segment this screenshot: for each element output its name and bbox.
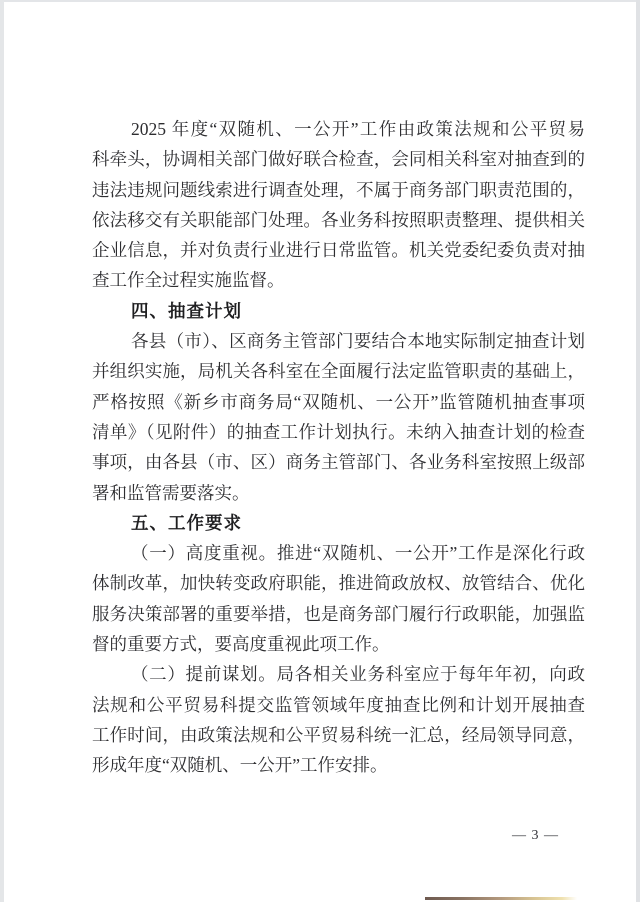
- text-line: 违法违规问题线索进行调查处理，不属于商务部门职责范围的，: [92, 175, 585, 205]
- text-line: （一）高度重视。推进“双随机、一公开”工作是深化行政: [92, 538, 585, 568]
- page-number: — 3 —: [512, 828, 582, 844]
- text-line: 并组织实施，局机关各科室在全面履行法定监管职责的基础上，: [92, 356, 585, 386]
- text-line: （二）提前谋划。局各相关业务科室应于每年年初，向政策: [92, 659, 585, 689]
- page-left-edge: [0, 0, 4, 902]
- document-text: 2025 年度“双随机、一公开”工作由政策法规和公平贸易科牵头，协调相关部门做好…: [92, 114, 585, 781]
- document-page: 2025 年度“双随机、一公开”工作由政策法规和公平贸易科牵头，协调相关部门做好…: [0, 0, 640, 902]
- section-heading: 五、工作要求: [92, 508, 585, 538]
- text-line: 事项，由各县（市、区）商务主管部门、各业务科室按照上级部: [92, 447, 585, 477]
- text-line: 工作时间，由政策法规和公平贸易科统一汇总，经局领导同意，: [92, 720, 585, 750]
- text-line: 服务决策部署的重要举措，也是商务部门履行行政职能，加强监: [92, 599, 585, 629]
- bottom-scan-artifact: [425, 897, 577, 900]
- text-line: 各县（市）、区商务主管部门要结合本地实际制定抽查计划: [92, 326, 585, 356]
- text-line: 企业信息，并对负责行业进行日常监管。机关党委纪委负责对抽: [92, 235, 585, 265]
- text-line: 督的重要方式，要高度重视此项工作。: [92, 629, 585, 659]
- text-line: 2025 年度“双随机、一公开”工作由政策法规和公平贸易: [92, 114, 585, 144]
- text-line: 署和监管需要落实。: [92, 478, 585, 508]
- text-line: 体制改革，加快转变政府职能，推进简政放权、放管结合、优化: [92, 568, 585, 598]
- page-top-edge: [0, 0, 640, 2]
- text-line: 严格按照《新乡市商务局“双随机、一公开”监管随机抽查事项: [92, 387, 585, 417]
- text-line: 科牵头，协调相关部门做好联合检查，会同相关科室对抽查到的: [92, 144, 585, 174]
- text-line: 查工作全过程实施监督。: [92, 265, 585, 295]
- text-line: 清单》（见附件）的抽查工作计划执行。未纳入抽查计划的检查: [92, 417, 585, 447]
- text-line: 依法移交有关职能部门处理。各业务科按照职责整理、提供相关: [92, 205, 585, 235]
- page-right-edge: [636, 0, 640, 902]
- section-heading: 四、抽查计划: [92, 296, 585, 326]
- text-line: 法规和公平贸易科提交监管领域年度抽查比例和计划开展抽查: [92, 690, 585, 720]
- text-line: 形成年度“双随机、一公开”工作安排。: [92, 750, 585, 780]
